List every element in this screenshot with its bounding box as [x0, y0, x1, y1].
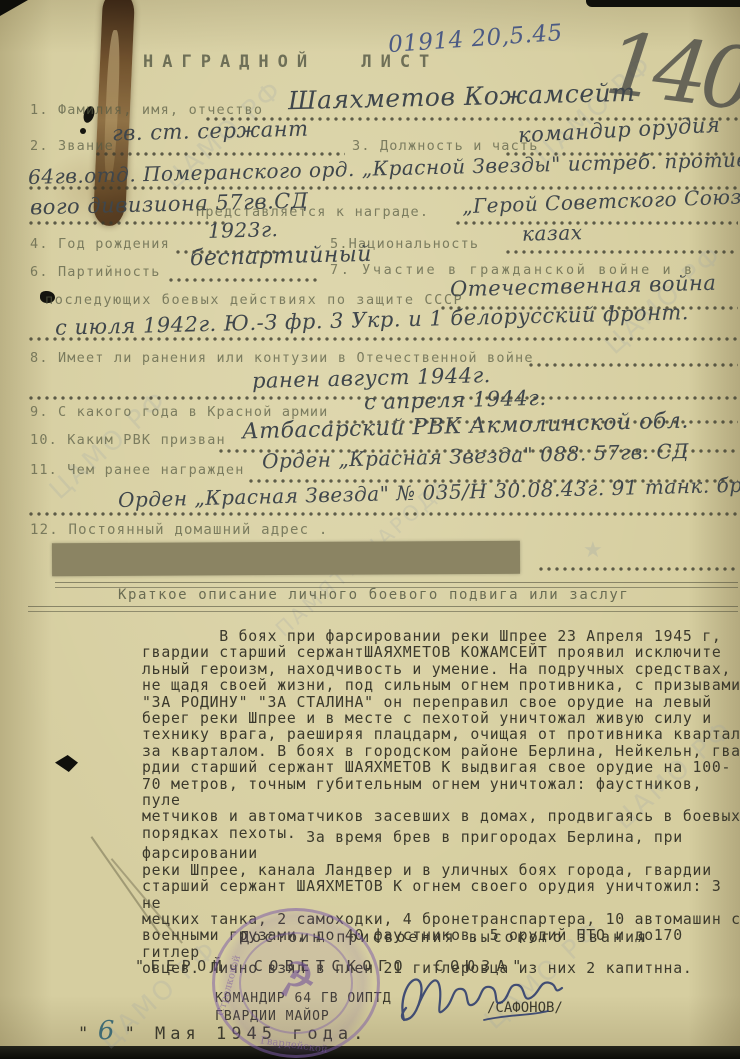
field-10-label: 10. Каким РВК призван: [30, 432, 226, 448]
date-day-handwritten: 6: [98, 1016, 115, 1046]
award-sheet-document: ЦАМО РФ ЦАМО РФ ЦАМО РФ ЦАМО РФ ПАМЯТЬ Н…: [0, 0, 740, 1059]
dotted-line: [28, 220, 228, 226]
double-rule: [28, 606, 738, 612]
field-2-value: гв. ст. сержант: [112, 117, 309, 146]
dotted-line: [168, 277, 320, 283]
scan-edge-top-right: [586, 0, 740, 7]
ink-dot: [80, 128, 86, 134]
unit-stamp: ☭ Стрелковой Гвардейской: [212, 908, 380, 1058]
field-11-value-line1: Орден „Красная Звезда" 088. 57гв. СД: [262, 439, 690, 473]
field-5-value: казах: [522, 220, 583, 245]
field-11-label: 11. Чем ранее награжден: [30, 462, 245, 478]
field-6-label: 6. Партийность: [30, 264, 161, 280]
field-4-value: 1923г.: [208, 217, 279, 243]
feat-paragraph-1: В боях при фарсировании реки Шпрее 23 Ап…: [142, 629, 740, 842]
dotted-line: [28, 511, 738, 517]
redaction-box: [52, 541, 520, 576]
document-title: НАГРАДНОЙ ЛИСТ: [143, 52, 438, 72]
field-12-label: 12. Постоянный домашний адрес .: [30, 522, 329, 538]
date-open-quote: ": [78, 1024, 88, 1044]
hole-punch-mark: [55, 755, 78, 772]
description-heading: Краткое описание личного боевого подвига…: [118, 587, 629, 603]
field-4-label: 4. Год рождения: [30, 236, 170, 252]
dotted-line: [95, 151, 345, 157]
dotted-line: [455, 220, 738, 226]
signature-ink-icon: [388, 960, 573, 1040]
dotted-line: [28, 336, 738, 342]
dotted-line: [505, 249, 738, 255]
scan-edge-top-left: [0, 0, 28, 16]
watermark-star-icon: ★: [583, 538, 603, 563]
dotted-line: [528, 362, 738, 368]
field-9-value: с апреля 1944г.: [364, 386, 547, 414]
dotted-line: [538, 566, 738, 572]
field-7-label-part2: последующих боевых действиях по защите С…: [45, 292, 463, 308]
